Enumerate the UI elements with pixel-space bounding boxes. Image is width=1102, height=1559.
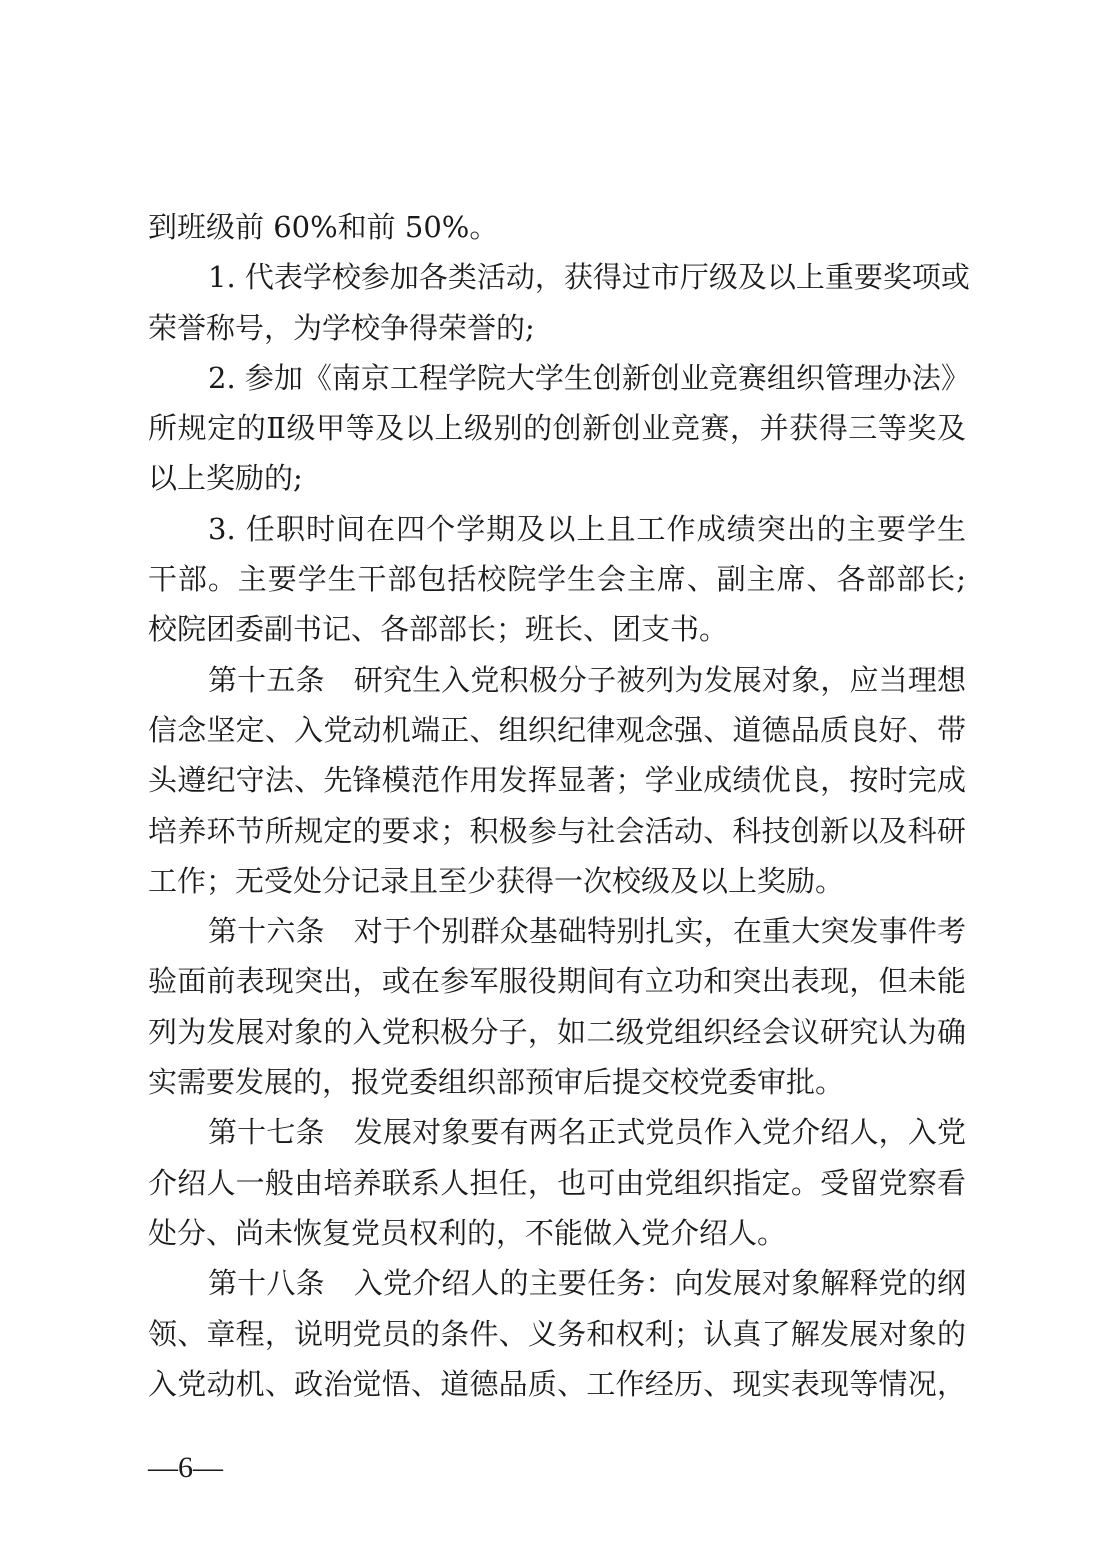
text-line: 领、章程，说明党员的条件、义务和权利；认真了解发展对象的 [148, 1309, 966, 1359]
text-line: 列为发展对象的入党积极分子，如二级党组织经会议研究认为确 [148, 1007, 966, 1057]
text-line: 干部。主要学生干部包括校院学生会主席、副主席、各部部长; [148, 554, 966, 604]
article-18-start: 第十八条 入党介绍人的主要任务：向发展对象解释党的纲 [148, 1258, 966, 1308]
text-line: 工作；无受处分记录且至少获得一次校级及以上奖励。 [148, 856, 966, 906]
document-page: 到班级前 60%和前 50%。 1. 代表学校参加各类活动，获得过市厅级及以上重… [0, 0, 1102, 1559]
text-line: 2. 参加《南京工程学院大学生创新创业竞赛组织管理办法》 [148, 353, 966, 403]
text-line: 验面前表现突出，或在参军服役期间有立功和突出表现，但未能 [148, 956, 966, 1006]
text-line: 以上奖励的; [148, 453, 966, 503]
document-body: 到班级前 60%和前 50%。 1. 代表学校参加各类活动，获得过市厅级及以上重… [148, 202, 966, 1409]
text-line: 荣誉称号，为学校争得荣誉的; [148, 303, 966, 353]
page-number: —6— [148, 1450, 223, 1486]
text-line: 培养环节所规定的要求；积极参与社会活动、科技创新以及科研 [148, 806, 966, 856]
text-line: 3. 任职时间在四个学期及以上且工作成绩突出的主要学生 [148, 504, 966, 554]
text-line: 入党动机、政治觉悟、道德品质、工作经历、现实表现等情况， [148, 1359, 966, 1409]
text-line: 所规定的Ⅱ级甲等及以上级别的创新创业竞赛，并获得三等奖及 [148, 403, 966, 453]
text-line: 校院团委副书记、各部部长；班长、团支书。 [148, 604, 966, 654]
text-line: 处分、尚未恢复党员权利的，不能做入党介绍人。 [148, 1208, 966, 1258]
text-line: 1. 代表学校参加各类活动，获得过市厅级及以上重要奖项或 [148, 252, 966, 302]
text-line: 信念坚定、入党动机端正、组织纪律观念强、道德品质良好、带 [148, 705, 966, 755]
article-15-start: 第十五条 研究生入党积极分子被列为发展对象，应当理想 [148, 655, 966, 705]
text-line: 头遵纪守法、先锋模范作用发挥显著；学业成绩优良，按时完成 [148, 755, 966, 805]
article-17-start: 第十七条 发展对象要有两名正式党员作入党介绍人，入党 [148, 1107, 966, 1157]
text-line: 到班级前 60%和前 50%。 [148, 202, 966, 252]
text-line: 实需要发展的，报党委组织部预审后提交校党委审批。 [148, 1057, 966, 1107]
article-16-start: 第十六条 对于个别群众基础特别扎实，在重大突发事件考 [148, 906, 966, 956]
text-line: 介绍人一般由培养联系人担任，也可由党组织指定。受留党察看 [148, 1158, 966, 1208]
